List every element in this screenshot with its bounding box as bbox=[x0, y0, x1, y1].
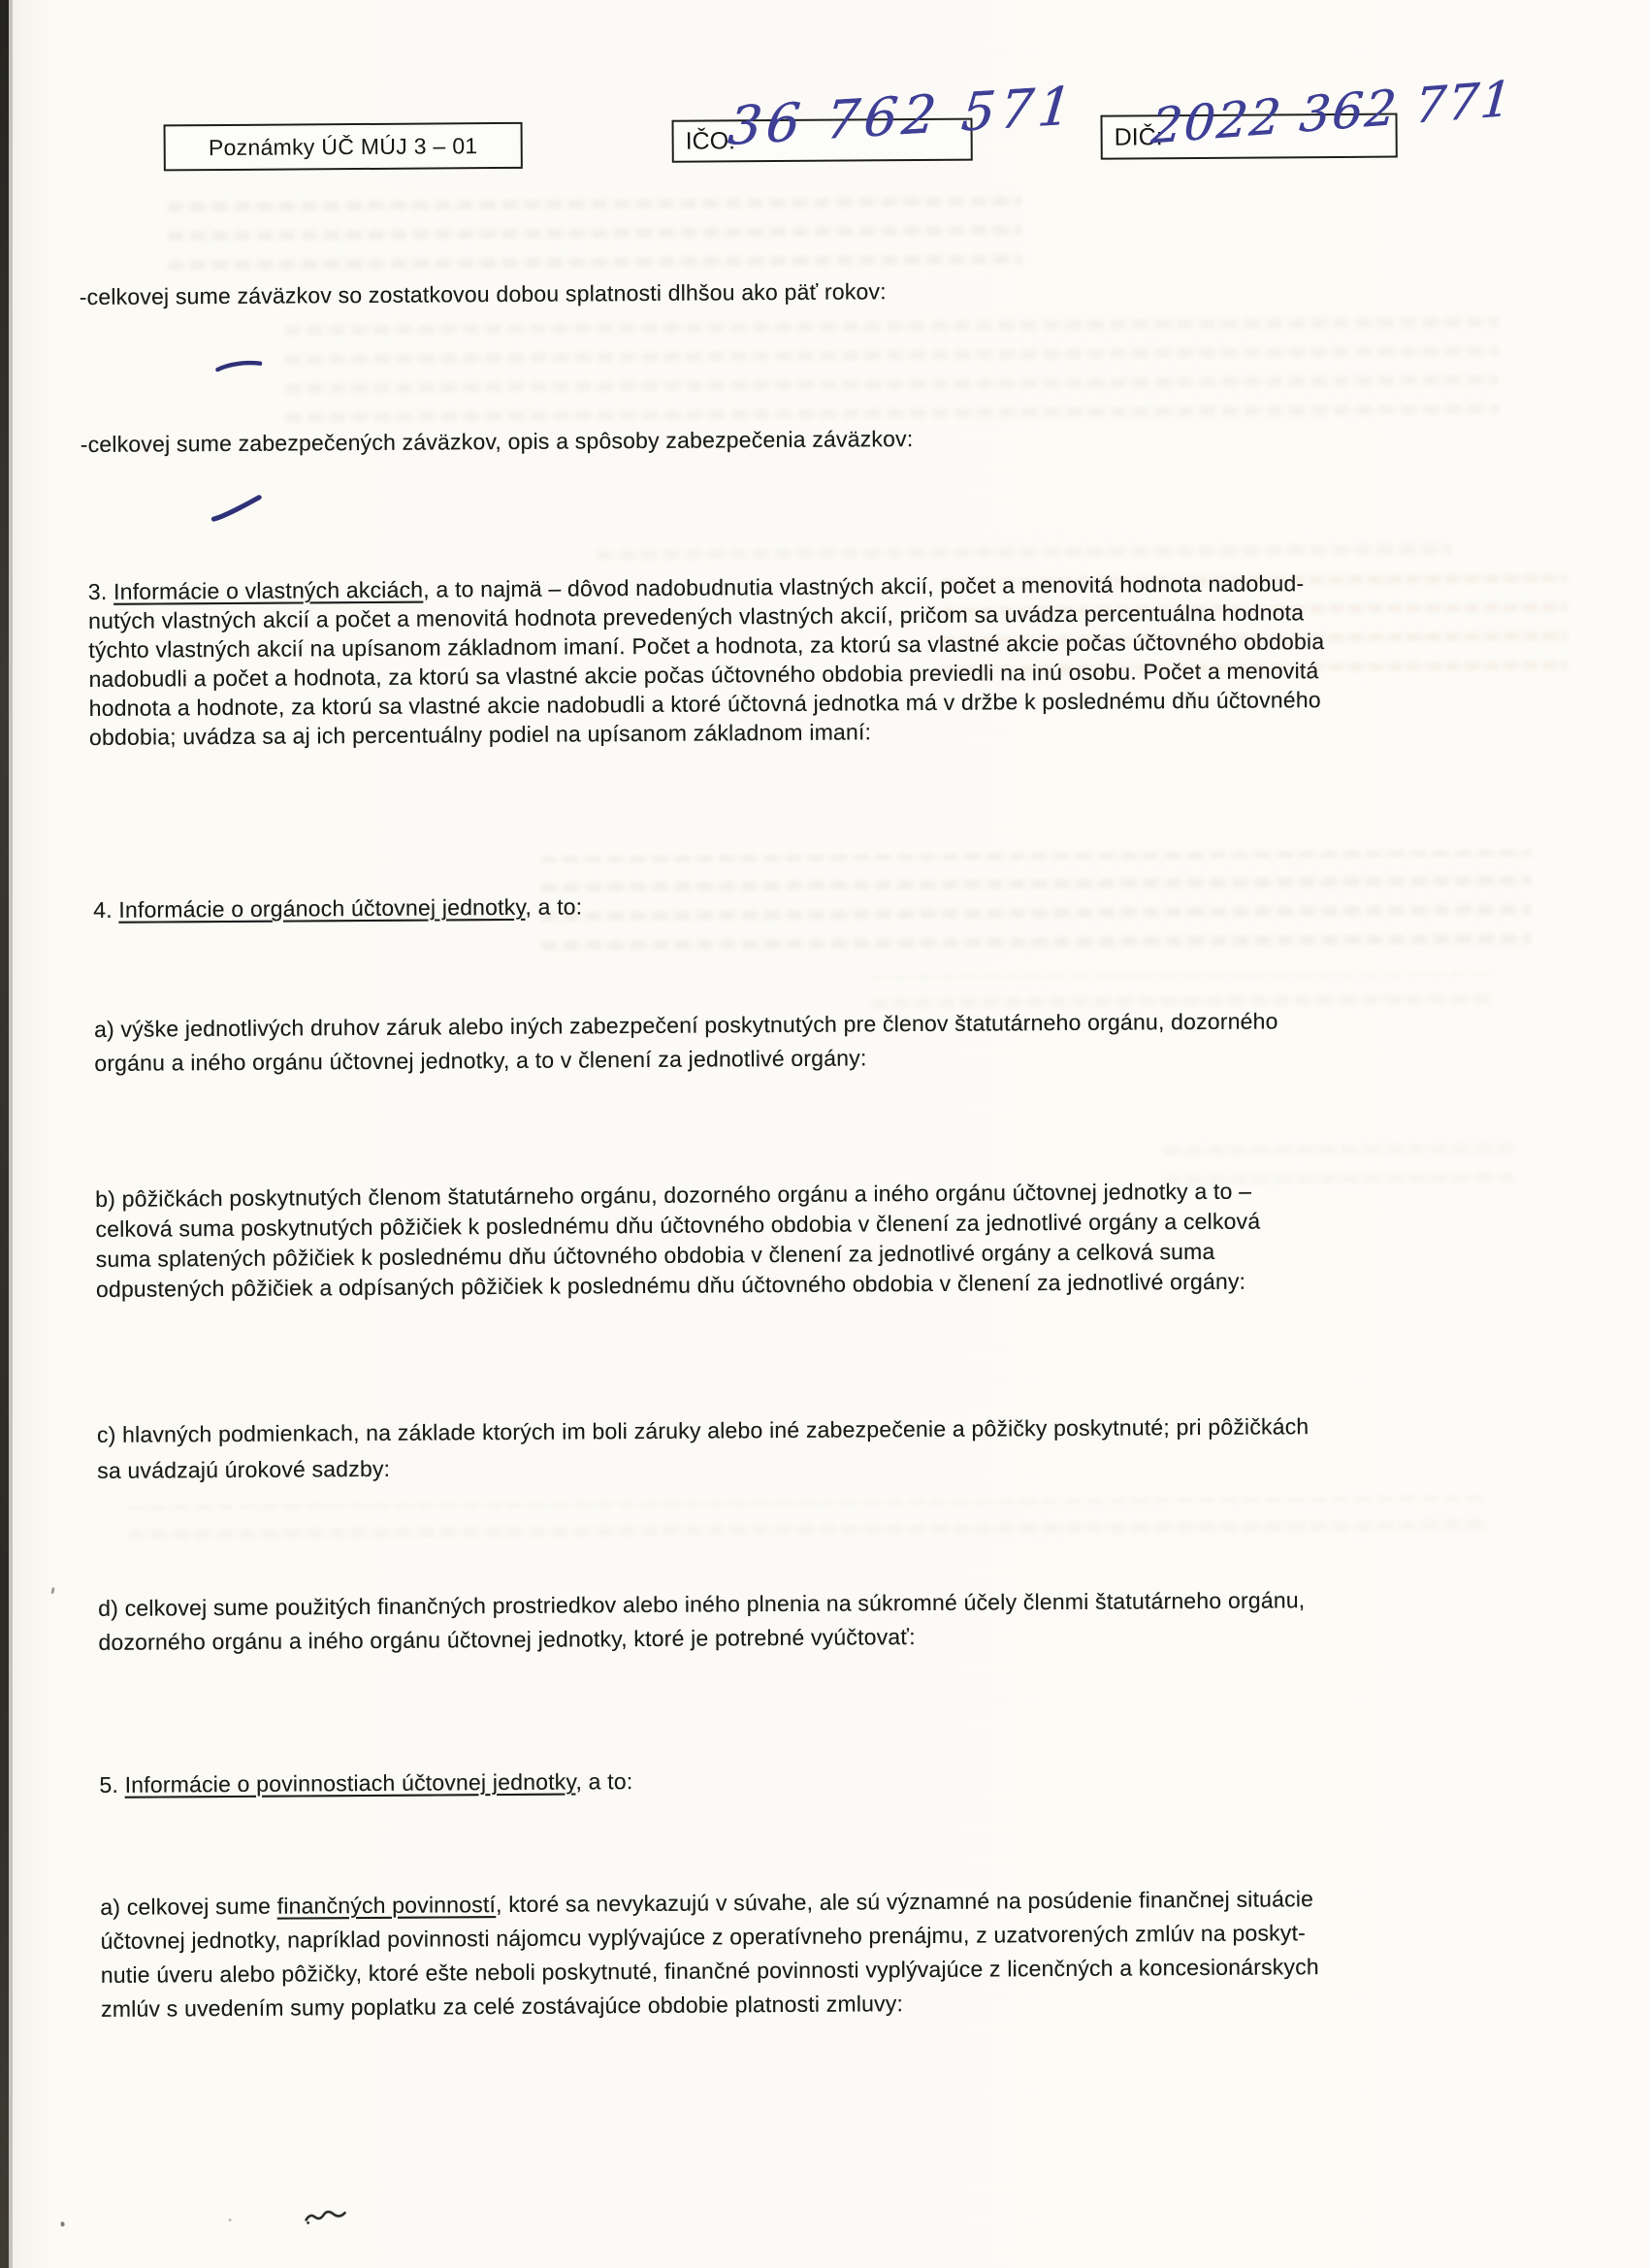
text-segment: , a to: bbox=[525, 893, 582, 919]
heading-section-5: 5. Informácie o povinnostiach účtovnej j… bbox=[99, 1766, 632, 1799]
text-segment: a) celkovej sume bbox=[100, 1894, 277, 1920]
text-segment: , a to: bbox=[575, 1768, 632, 1794]
paragraph-section-4b: b) pôžičkách poskytnutých členom štatutá… bbox=[95, 1177, 1261, 1305]
paragraph-liabilities-over-five-years: -celkovej sume záväzkov so zostatkovou d… bbox=[80, 276, 887, 311]
text-segment: sa uvádzajú úrokové sadzby: bbox=[97, 1456, 390, 1483]
handwritten-dash-2 bbox=[210, 492, 263, 523]
text-segment: suma splatených pôžičiek k poslednému dň… bbox=[96, 1239, 1215, 1272]
text-segment: účtovnej jednotky, napríklad povinnosti … bbox=[101, 1920, 1307, 1954]
form-code-label: Poznámky ÚČ MÚJ 3 – 01 bbox=[209, 133, 478, 161]
text-segment: 4. bbox=[93, 897, 118, 923]
text-segment: -celkovej sume záväzkov so zostatkovou d… bbox=[80, 278, 887, 309]
text-line: zmlúv s uvedením sumy poplatku za celé z… bbox=[101, 1984, 1319, 2026]
scan-content: Poznámky ÚČ MÚJ 3 – 01 IČO: 36 762 571 D… bbox=[0, 0, 1649, 2268]
bleed-through-artifact bbox=[168, 185, 1022, 276]
ico-value-handwritten: 36 762 571 bbox=[726, 75, 1080, 157]
paragraph-section-4d: d) celkovej sume použitých finančných pr… bbox=[98, 1583, 1306, 1660]
text-line: 5. Informácie o povinnostiach účtovnej j… bbox=[99, 1766, 632, 1799]
text-segment: Informácie o povinnostiach účtovnej jedn… bbox=[125, 1769, 576, 1798]
text-segment: 3. bbox=[88, 579, 113, 604]
text-segment: , ktoré sa nevykazujú v súvahe, ale sú v… bbox=[496, 1886, 1313, 1917]
text-line: -celkovej sume zabezpečených záväzkov, o… bbox=[81, 424, 914, 459]
scan-edge-shadow bbox=[9, 0, 13, 2268]
text-line: dozorného orgánu a iného orgánu účtovnej… bbox=[98, 1617, 1305, 1660]
text-segment: odpustených pôžičiek a odpísaných pôžiči… bbox=[96, 1269, 1245, 1302]
bleed-through-artifact bbox=[597, 530, 1450, 567]
ink-speck bbox=[229, 2219, 232, 2221]
text-segment: -celkovej sume zabezpečených záväzkov, o… bbox=[81, 426, 914, 457]
text-segment: a) výške jednotlivých druhov záruk alebo… bbox=[94, 1008, 1278, 1042]
text-segment: c) hlavných podmienkach, na základe ktor… bbox=[97, 1413, 1309, 1447]
form-code-box: Poznámky ÚČ MÚJ 3 – 01 bbox=[164, 122, 523, 172]
scan-edge-strip bbox=[0, 0, 9, 2268]
text-segment: d) celkovej sume použitých finančných pr… bbox=[98, 1587, 1305, 1621]
bleed-through-artifact bbox=[285, 312, 1499, 430]
handwritten-dash-1 bbox=[215, 358, 262, 375]
text-line: orgánu a iného orgánu účtovnej jednotky,… bbox=[94, 1038, 1278, 1081]
text-segment: b) pôžičkách poskytnutých členom štatutá… bbox=[95, 1179, 1251, 1212]
paragraph-section-4a: a) výške jednotlivých druhov záruk alebo… bbox=[94, 1004, 1278, 1081]
text-segment: finančných povinností bbox=[277, 1892, 497, 1919]
text-segment: nutie úveru alebo pôžičky, ktoré ešte ne… bbox=[101, 1954, 1319, 1988]
text-segment: , a to najmä – dôvod nadobudnutia vlastn… bbox=[423, 570, 1304, 601]
text-line: sa uvádzajú úrokové sadzby: bbox=[97, 1444, 1309, 1489]
ink-speck bbox=[61, 2221, 65, 2226]
paragraph-section-3-own-shares: 3. Informácie o vlastných akciách, a to … bbox=[88, 568, 1325, 752]
text-segment: dozorného orgánu a iného orgánu účtovnej… bbox=[98, 1624, 916, 1655]
bleed-through-artifact bbox=[128, 1496, 1486, 1546]
heading-section-4: 4. Informácie o orgánoch účtovnej jednot… bbox=[93, 891, 582, 924]
ink-scribble bbox=[305, 2210, 349, 2225]
paragraph-section-4c: c) hlavných podmienkach, na základe ktor… bbox=[97, 1409, 1309, 1489]
text-segment: 5. bbox=[99, 1772, 124, 1798]
text-segment: obdobia; uvádza sa aj ich percentuálny p… bbox=[89, 719, 871, 750]
bleed-through-artifact bbox=[541, 850, 1532, 957]
text-segment: Informácie o orgánoch účtovnej jednotky bbox=[118, 894, 525, 923]
text-line: 4. Informácie o orgánoch účtovnej jednot… bbox=[93, 891, 582, 924]
text-segment: orgánu a iného orgánu účtovnej jednotky,… bbox=[94, 1045, 866, 1076]
scanned-page: Poznámky ÚČ MÚJ 3 – 01 IČO: 36 762 571 D… bbox=[0, 0, 1649, 2268]
paragraph-section-5a: a) celkovej sume finančných povinností, … bbox=[100, 1882, 1319, 2026]
paragraph-secured-liabilities: -celkovej sume zabezpečených záväzkov, o… bbox=[81, 424, 914, 459]
text-segment: celková suma poskytnutých pôžičiek k pos… bbox=[95, 1209, 1260, 1242]
text-segment: zmlúv s uvedením sumy poplatku za celé z… bbox=[101, 1991, 903, 2022]
text-line: -celkovej sume záväzkov so zostatkovou d… bbox=[80, 276, 887, 311]
ink-speck bbox=[50, 1587, 55, 1595]
text-segment: Informácie o vlastných akciách bbox=[113, 577, 423, 604]
